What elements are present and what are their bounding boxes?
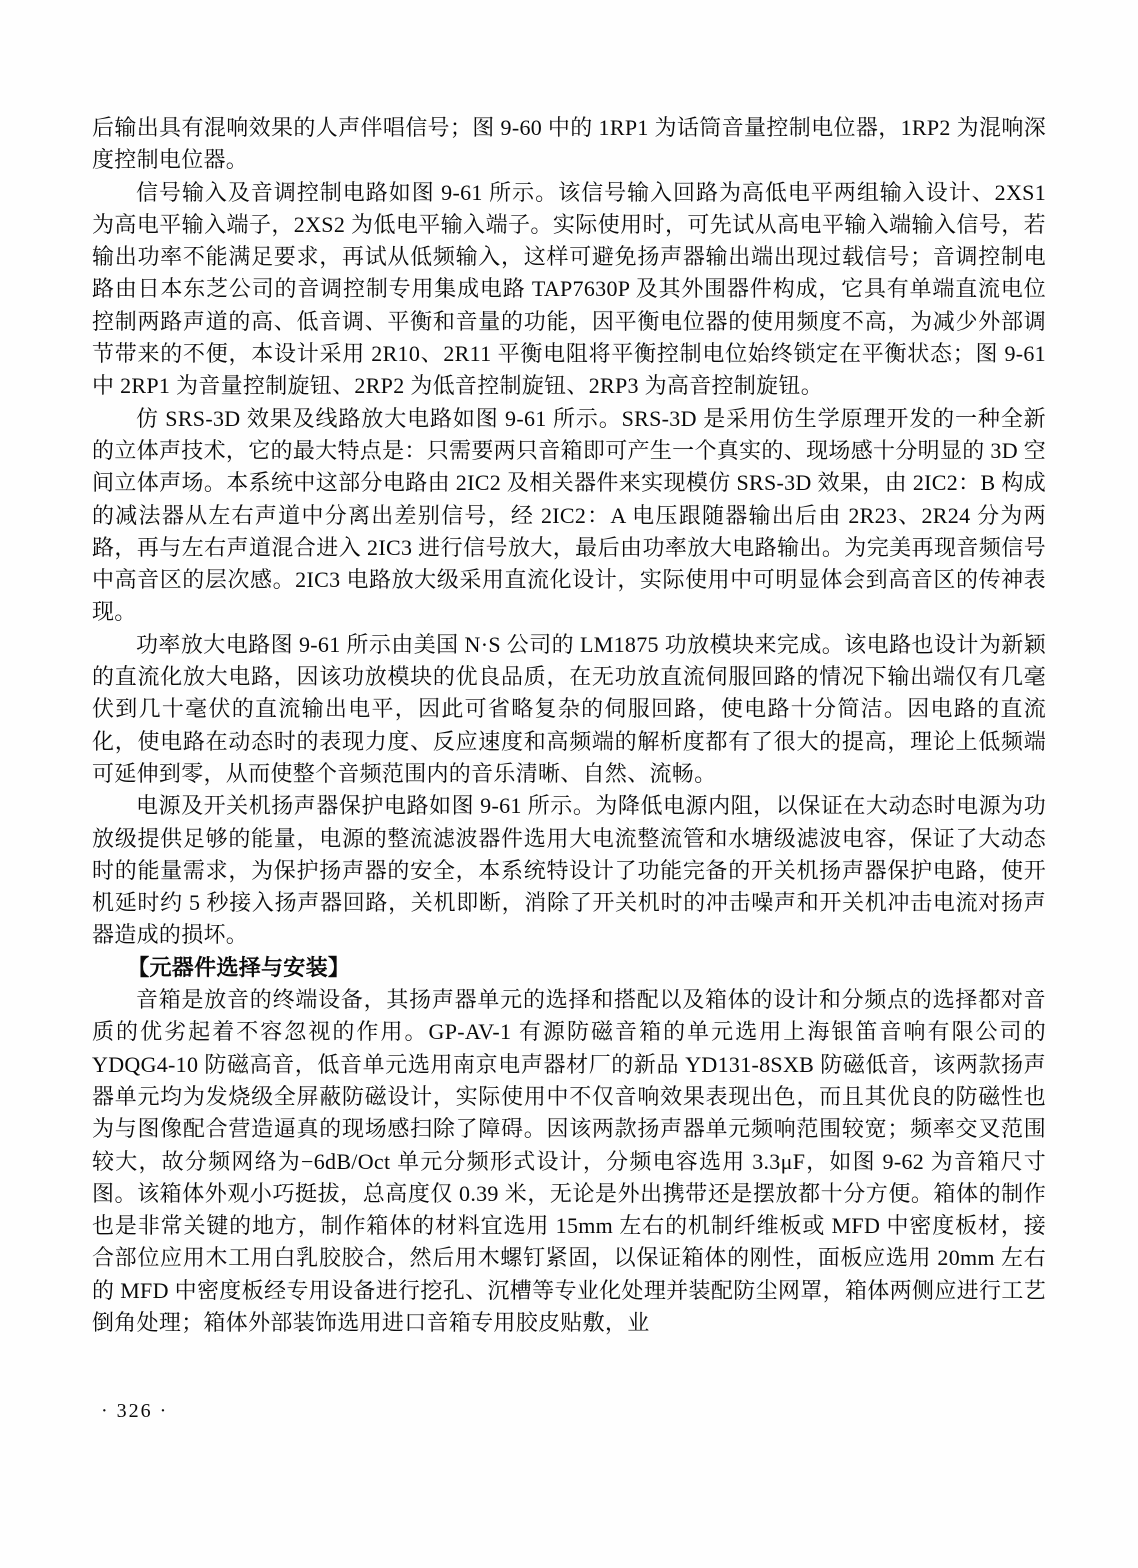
- paragraph-power-supply: 电源及开关机扬声器保护电路如图 9-61 所示。为降低电源内阻，以保证在大动态时…: [92, 790, 1046, 951]
- section-heading: 【元器件选择与安装】: [92, 952, 1046, 984]
- book-page: 后输出具有混响效果的人声伴唱信号；图 9-60 中的 1RP1 为话筒音量控制电…: [0, 0, 1138, 1568]
- paragraph-srs-3d: 仿 SRS-3D 效果及线路放大电路如图 9-61 所示。SRS-3D 是采用仿…: [92, 403, 1046, 629]
- paragraph-components: 音箱是放音的终端设备，其扬声器单元的选择和搭配以及箱体的设计和分频点的选择都对音…: [92, 984, 1046, 1339]
- paragraph-signal-input: 信号输入及音调控制电路如图 9-61 所示。该信号输入回路为高低电平两组输入设计…: [92, 177, 1046, 403]
- paragraph-power-amp: 功率放大电路图 9-61 所示由美国 N·S 公司的 LM1875 功放模块来完…: [92, 629, 1046, 790]
- paragraph-continuation: 后输出具有混响效果的人声伴唱信号；图 9-60 中的 1RP1 为话筒音量控制电…: [92, 112, 1046, 177]
- page-number: · 326 ·: [101, 1400, 168, 1423]
- text-block: 后输出具有混响效果的人声伴唱信号；图 9-60 中的 1RP1 为话筒音量控制电…: [92, 112, 1046, 1339]
